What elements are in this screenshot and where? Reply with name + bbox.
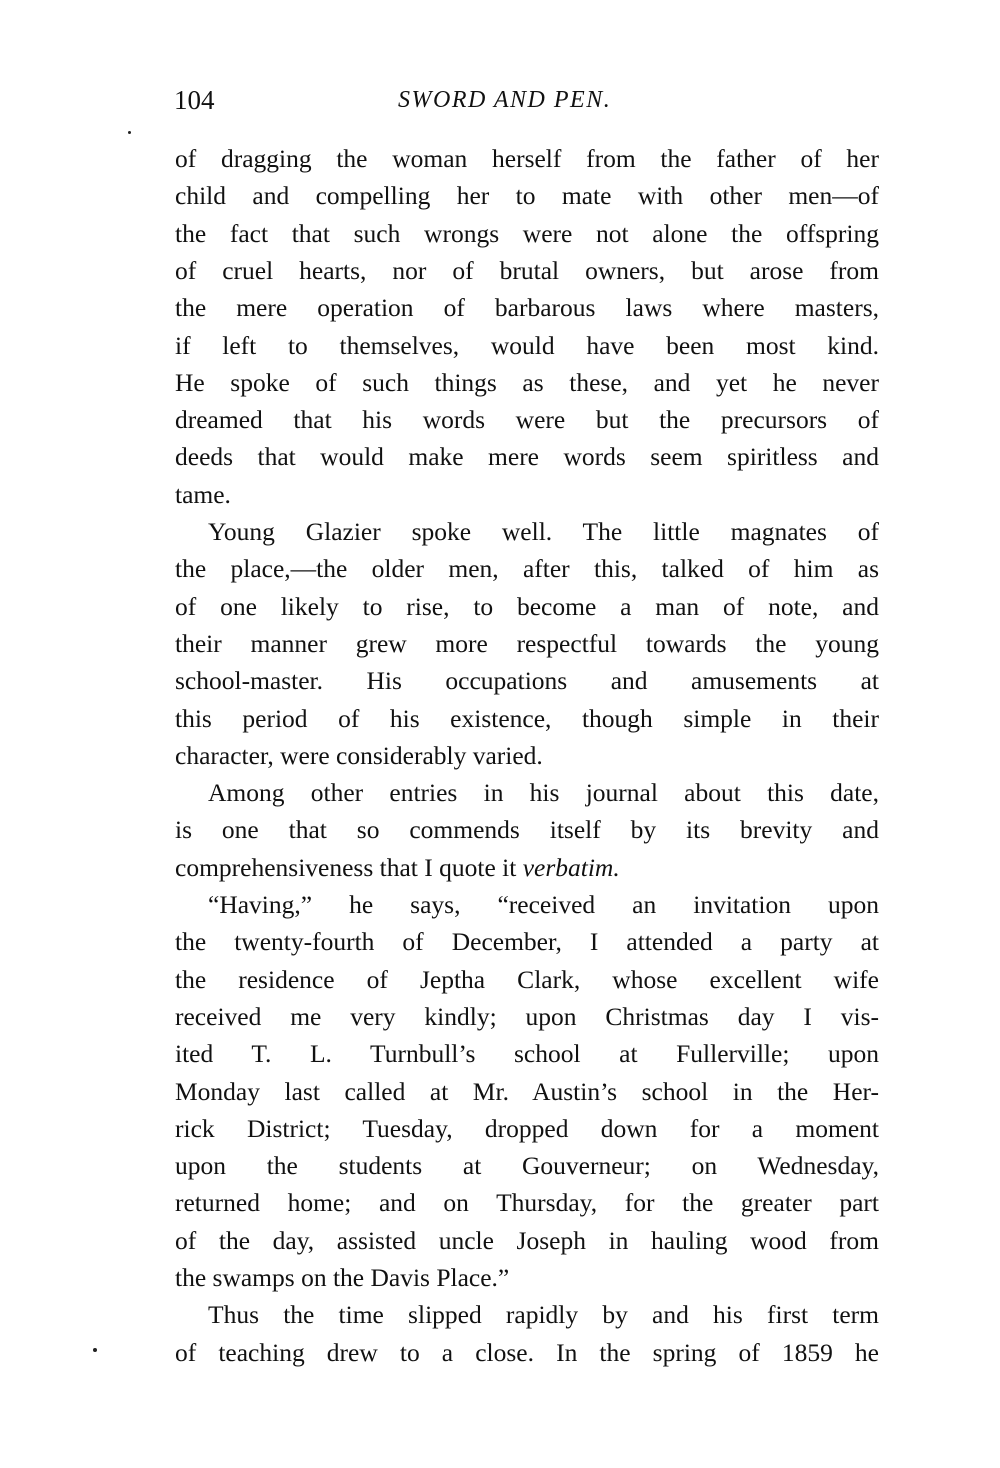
page-number: 104 xyxy=(174,82,215,118)
text-line: the twenty-fourth of December, I attende… xyxy=(175,923,879,960)
text-line: returned home; and on Thursday, for the … xyxy=(175,1184,879,1221)
text-line: is one that so commends itself by its br… xyxy=(175,811,879,848)
text-line: the fact that such wrongs were not alone… xyxy=(175,215,879,252)
text-line: Young Glazier spoke well. The little mag… xyxy=(208,513,879,550)
text-line: rick District; Tuesday, dropped down for… xyxy=(175,1110,879,1147)
text-line: this period of his existence, though sim… xyxy=(175,700,879,737)
text-line: of cruel hearts, nor of brutal owners, b… xyxy=(175,252,879,289)
text-line: tame. xyxy=(175,476,879,513)
text-line: their manner grew more respectful toward… xyxy=(175,625,879,662)
italic-word: verbatim. xyxy=(523,853,620,882)
text-line: of one likely to rise, to become a man o… xyxy=(175,588,879,625)
book-page: 104 SWORD AND PEN. of dragging the woman… xyxy=(0,0,1000,1468)
text-line: the place,—the older men, after this, ta… xyxy=(175,550,879,587)
text-run: comprehensiveness that I quote it xyxy=(175,853,523,882)
text-line: received me very kindly; upon Christmas … xyxy=(175,998,879,1035)
page-header: 104 SWORD AND PEN. xyxy=(174,82,880,118)
text-line: child and compelling her to mate with ot… xyxy=(175,177,879,214)
text-line: Among other entries in his journal about… xyxy=(208,774,879,811)
text-line: Thus the time slipped rapidly by and his… xyxy=(208,1296,879,1333)
text-line: upon the students at Gouverneur; on Wedn… xyxy=(175,1147,879,1184)
text-line: of dragging the woman herself from the f… xyxy=(175,140,879,177)
text-line: the swamps on the Davis Place.” xyxy=(175,1259,879,1296)
text-line: school-master. His occupations and amuse… xyxy=(175,662,879,699)
text-line: if left to themselves, would have been m… xyxy=(175,327,879,364)
text-line: of teaching drew to a close. In the spri… xyxy=(175,1334,879,1371)
text-line: the mere operation of barbarous laws whe… xyxy=(175,289,879,326)
scan-speck xyxy=(128,131,131,134)
text-line: “Having,” he says, “received an invitati… xyxy=(208,886,879,923)
running-head: SWORD AND PEN. xyxy=(398,82,611,118)
text-line: comprehensiveness that I quote it verbat… xyxy=(175,849,879,886)
text-line: deeds that would make mere words seem sp… xyxy=(175,438,879,475)
text-line: Monday last called at Mr. Austin’s schoo… xyxy=(175,1073,879,1110)
text-line: of the day, assisted uncle Joseph in hau… xyxy=(175,1222,879,1259)
text-line: the residence of Jeptha Clark, whose exc… xyxy=(175,961,879,998)
scan-speck xyxy=(93,1348,97,1352)
text-line: He spoke of such things as these, and ye… xyxy=(175,364,879,401)
text-line: character, were considerably varied. xyxy=(175,737,879,774)
text-line: ited T. L. Turnbull’s school at Fullervi… xyxy=(175,1035,879,1072)
text-line: dreamed that his words were but the prec… xyxy=(175,401,879,438)
